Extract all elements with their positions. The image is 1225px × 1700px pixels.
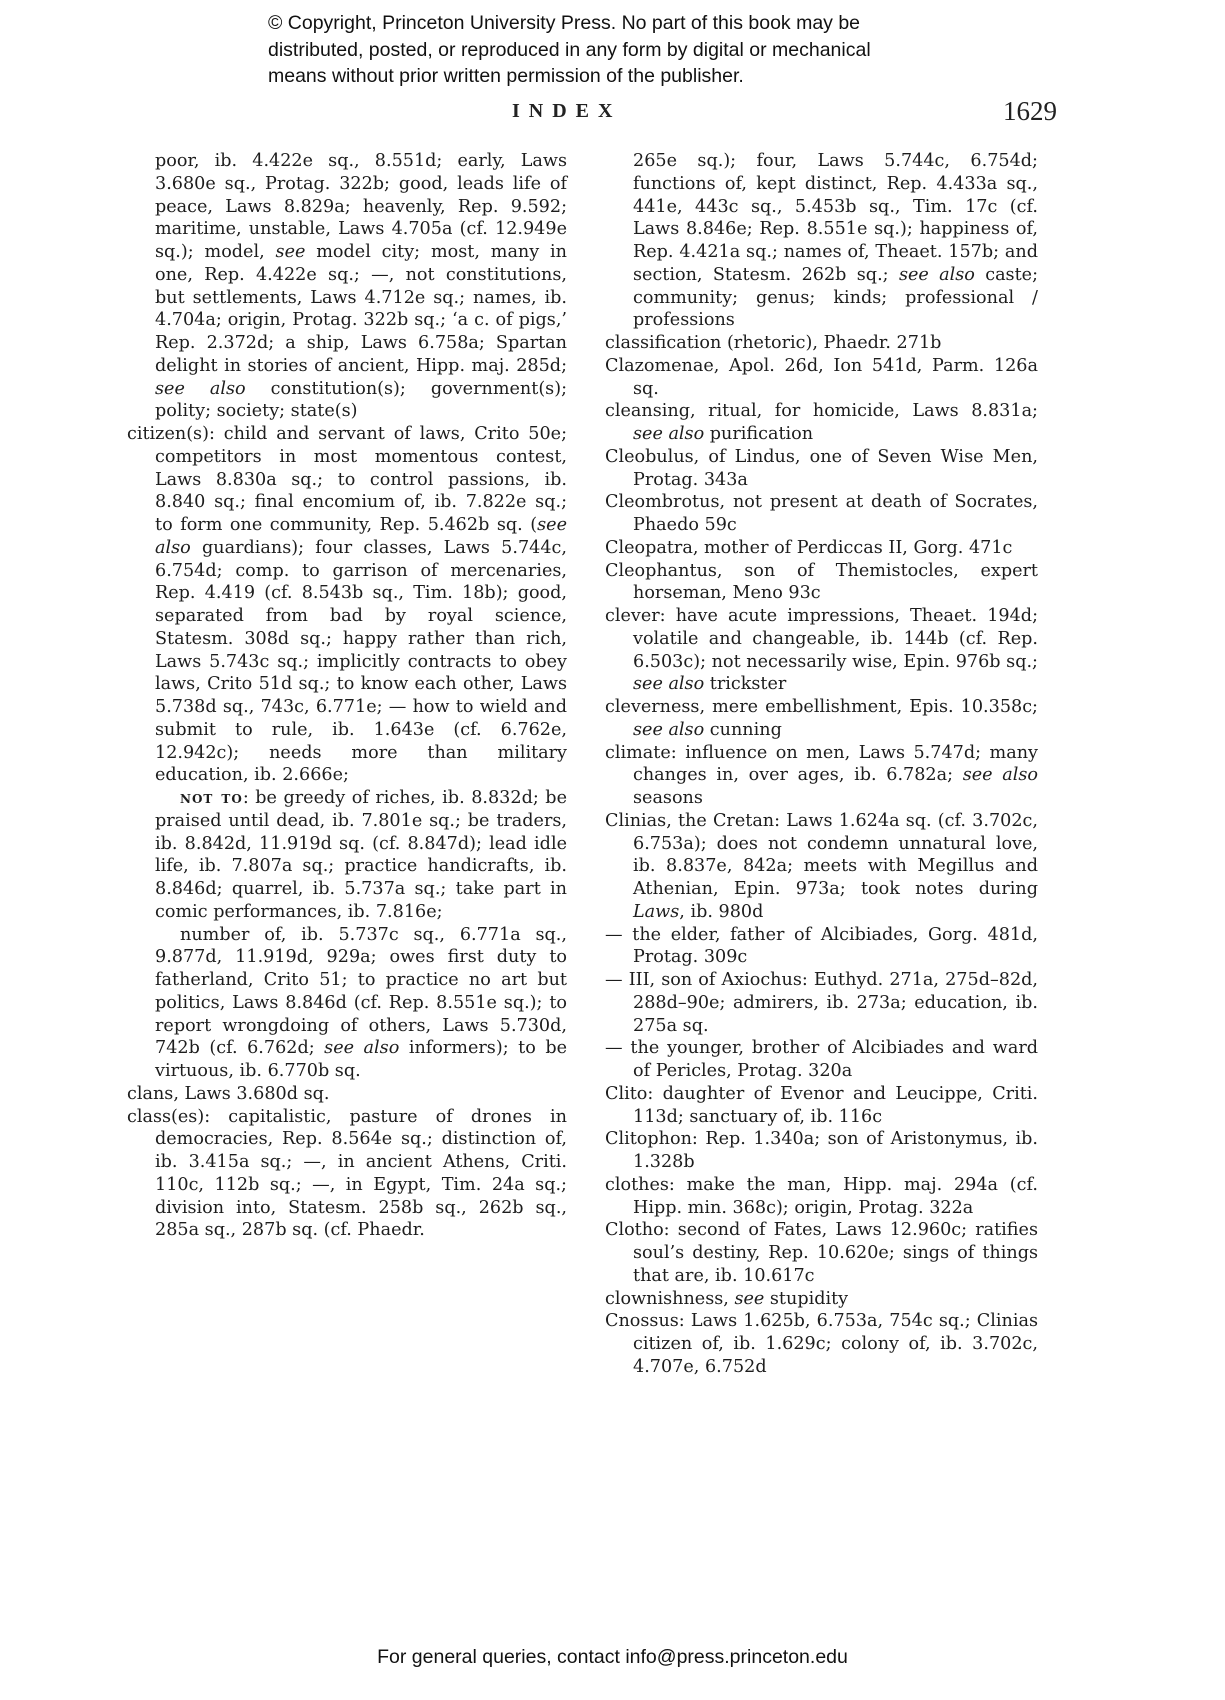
- index-entry: clownishness, see stupidity: [605, 1288, 1038, 1311]
- index-entry: Clotho: second of Fates, Laws 12.960c; r…: [605, 1219, 1038, 1287]
- index-entry: Cleophantus, son of Themistocles, expert…: [605, 560, 1038, 606]
- index-column-left: poor, ib. 4.422e sq., 8.551d; early, Law…: [127, 150, 567, 1242]
- entry-text: , ib. 980d: [679, 902, 763, 922]
- index-entry: Clazomenae, Apol. 26d, Ion 541d, Parm. 1…: [605, 355, 1038, 401]
- entry-text: — III, son of Axiochus: Euthyd. 271a, 27…: [605, 970, 1038, 1036]
- entry-text: Cleombrotus, not present at death of Soc…: [605, 492, 1038, 535]
- index-entry: Cleombrotus, not present at death of Soc…: [605, 491, 1038, 537]
- entry-text: cleverness, mere embellishment, Epis. 10…: [605, 697, 1038, 717]
- copyright-line: means without prior written permission o…: [268, 63, 1028, 90]
- running-head: INDEX 1629: [0, 100, 1225, 130]
- copyright-notice: © Copyright, Princeton University Press.…: [268, 10, 1028, 90]
- entry-text: Cleobulus, of Lindus, one of Seven Wise …: [605, 447, 1038, 490]
- entry-text: Cleophantus, son of Themistocles, expert…: [605, 561, 1038, 604]
- index-entry: Clito: daughter of Evenor and Leucippe, …: [605, 1083, 1038, 1129]
- index-entry: classification (rhetoric), Phaedr. 271b: [605, 332, 1038, 355]
- index-entry: clans, Laws 3.680d sq.: [127, 1083, 567, 1106]
- index-entry: citizen(s): child and servant of laws, C…: [127, 423, 567, 787]
- index-subentry: not to: be greedy of riches, ib. 8.832d;…: [127, 787, 567, 924]
- entry-text: clothes: make the man, Hipp. maj. 294a (…: [605, 1175, 1038, 1218]
- index-entry-continuation: poor, ib. 4.422e sq., 8.551d; early, Law…: [127, 150, 567, 423]
- entry-text: Clazomenae, Apol. 26d, Ion 541d, Parm. 1…: [605, 356, 1038, 399]
- index-entry: Cleopatra, mother of Perdiccas II, Gorg.…: [605, 537, 1038, 560]
- entry-text: Clitophon: Rep. 1.340a; son of Aristonym…: [605, 1129, 1038, 1172]
- entry-text: purification: [704, 424, 813, 444]
- entry-text: — the younger, brother of Alcibiades and…: [605, 1038, 1038, 1081]
- index-entry: Clitophon: Rep. 1.340a; son of Aristonym…: [605, 1128, 1038, 1174]
- italic-text: see: [734, 1289, 764, 1309]
- italic-text: see also: [963, 765, 1038, 785]
- entry-text: : be greedy of riches, ib. 8.832d; be pr…: [155, 788, 567, 922]
- index-entry: clothes: make the man, Hipp. maj. 294a (…: [605, 1174, 1038, 1220]
- italic-text: Laws: [633, 902, 679, 922]
- entry-text: class(es): capitalistic, pasture of dron…: [127, 1107, 567, 1241]
- index-entry: — the younger, brother of Alcibiades and…: [605, 1037, 1038, 1083]
- index-entry: — the elder, father of Alcibiades, Gorg.…: [605, 924, 1038, 970]
- entry-text: model city; most, many in one, Rep. 4.42…: [155, 242, 567, 376]
- index-entry-continuation: 265e sq.); four, Laws 5.744c, 6.754d; fu…: [605, 150, 1038, 332]
- entry-text: Clotho: second of Fates, Laws 12.960c; r…: [605, 1220, 1038, 1286]
- index-entry: climate: influence on men, Laws 5.747d; …: [605, 742, 1038, 810]
- index-entry: — III, son of Axiochus: Euthyd. 271a, 27…: [605, 969, 1038, 1037]
- footer-contact: For general queries, contact info@press.…: [0, 1646, 1225, 1669]
- italic-text: see also: [633, 720, 704, 740]
- page-number: 1629: [1003, 96, 1057, 127]
- index-subentry: number of, ib. 5.737c sq., 6.771a sq., 9…: [127, 924, 567, 1083]
- entry-text: cunning: [704, 720, 782, 740]
- italic-text: see also: [155, 379, 246, 399]
- index-column-right: 265e sq.); four, Laws 5.744c, 6.754d; fu…: [605, 150, 1038, 1379]
- entry-text: clans, Laws 3.680d sq.: [127, 1084, 329, 1104]
- index-entry: class(es): capitalistic, pasture of dron…: [127, 1106, 567, 1243]
- entry-text: classification (rhetoric), Phaedr. 271b: [605, 333, 941, 353]
- entry-text: Clito: daughter of Evenor and Leucippe, …: [605, 1084, 1038, 1127]
- index-entry: Cnossus: Laws 1.625b, 6.753a, 754c sq.; …: [605, 1310, 1038, 1378]
- index-entry: Cleobulus, of Lindus, one of Seven Wise …: [605, 446, 1038, 492]
- italic-text: see also: [633, 674, 704, 694]
- entry-text: seasons: [633, 788, 703, 808]
- entry-text: guardians); four classes, Laws 5.744c, 6…: [155, 538, 567, 786]
- index-entry: cleverness, mere embellishment, Epis. 10…: [605, 696, 1038, 742]
- running-title: INDEX: [512, 100, 621, 123]
- entry-text: clever: have acute impressions, Theaet. …: [605, 606, 1038, 672]
- italic-text: see: [276, 242, 306, 262]
- small-caps-heading: not to: [180, 787, 243, 808]
- index-entry: Clinias, the Cretan: Laws 1.624a sq. (cf…: [605, 810, 1038, 924]
- entry-text: Clinias, the Cretan: Laws 1.624a sq. (cf…: [605, 811, 1038, 899]
- entry-text: — the elder, father of Alcibiades, Gorg.…: [605, 925, 1038, 968]
- entry-text: clownishness,: [605, 1289, 734, 1309]
- index-entry: cleansing, ritual, for homicide, Laws 8.…: [605, 400, 1038, 446]
- italic-text: see also: [899, 265, 975, 285]
- entry-text: citizen(s): child and servant of laws, C…: [127, 424, 567, 535]
- italic-text: see also: [633, 424, 704, 444]
- entry-text: cleansing, ritual, for homicide, Laws 8.…: [605, 401, 1038, 421]
- copyright-line: © Copyright, Princeton University Press.…: [268, 10, 1028, 37]
- entry-text: Cleopatra, mother of Perdiccas II, Gorg.…: [605, 538, 1012, 558]
- copyright-line: distributed, posted, or reproduced in an…: [268, 37, 1028, 64]
- italic-text: see also: [324, 1038, 399, 1058]
- index-entry: clever: have acute impressions, Theaet. …: [605, 605, 1038, 696]
- entry-text: Cnossus: Laws 1.625b, 6.753a, 754c sq.; …: [605, 1311, 1038, 1377]
- entry-text: stupidity: [764, 1289, 848, 1309]
- entry-text: trickster: [704, 674, 786, 694]
